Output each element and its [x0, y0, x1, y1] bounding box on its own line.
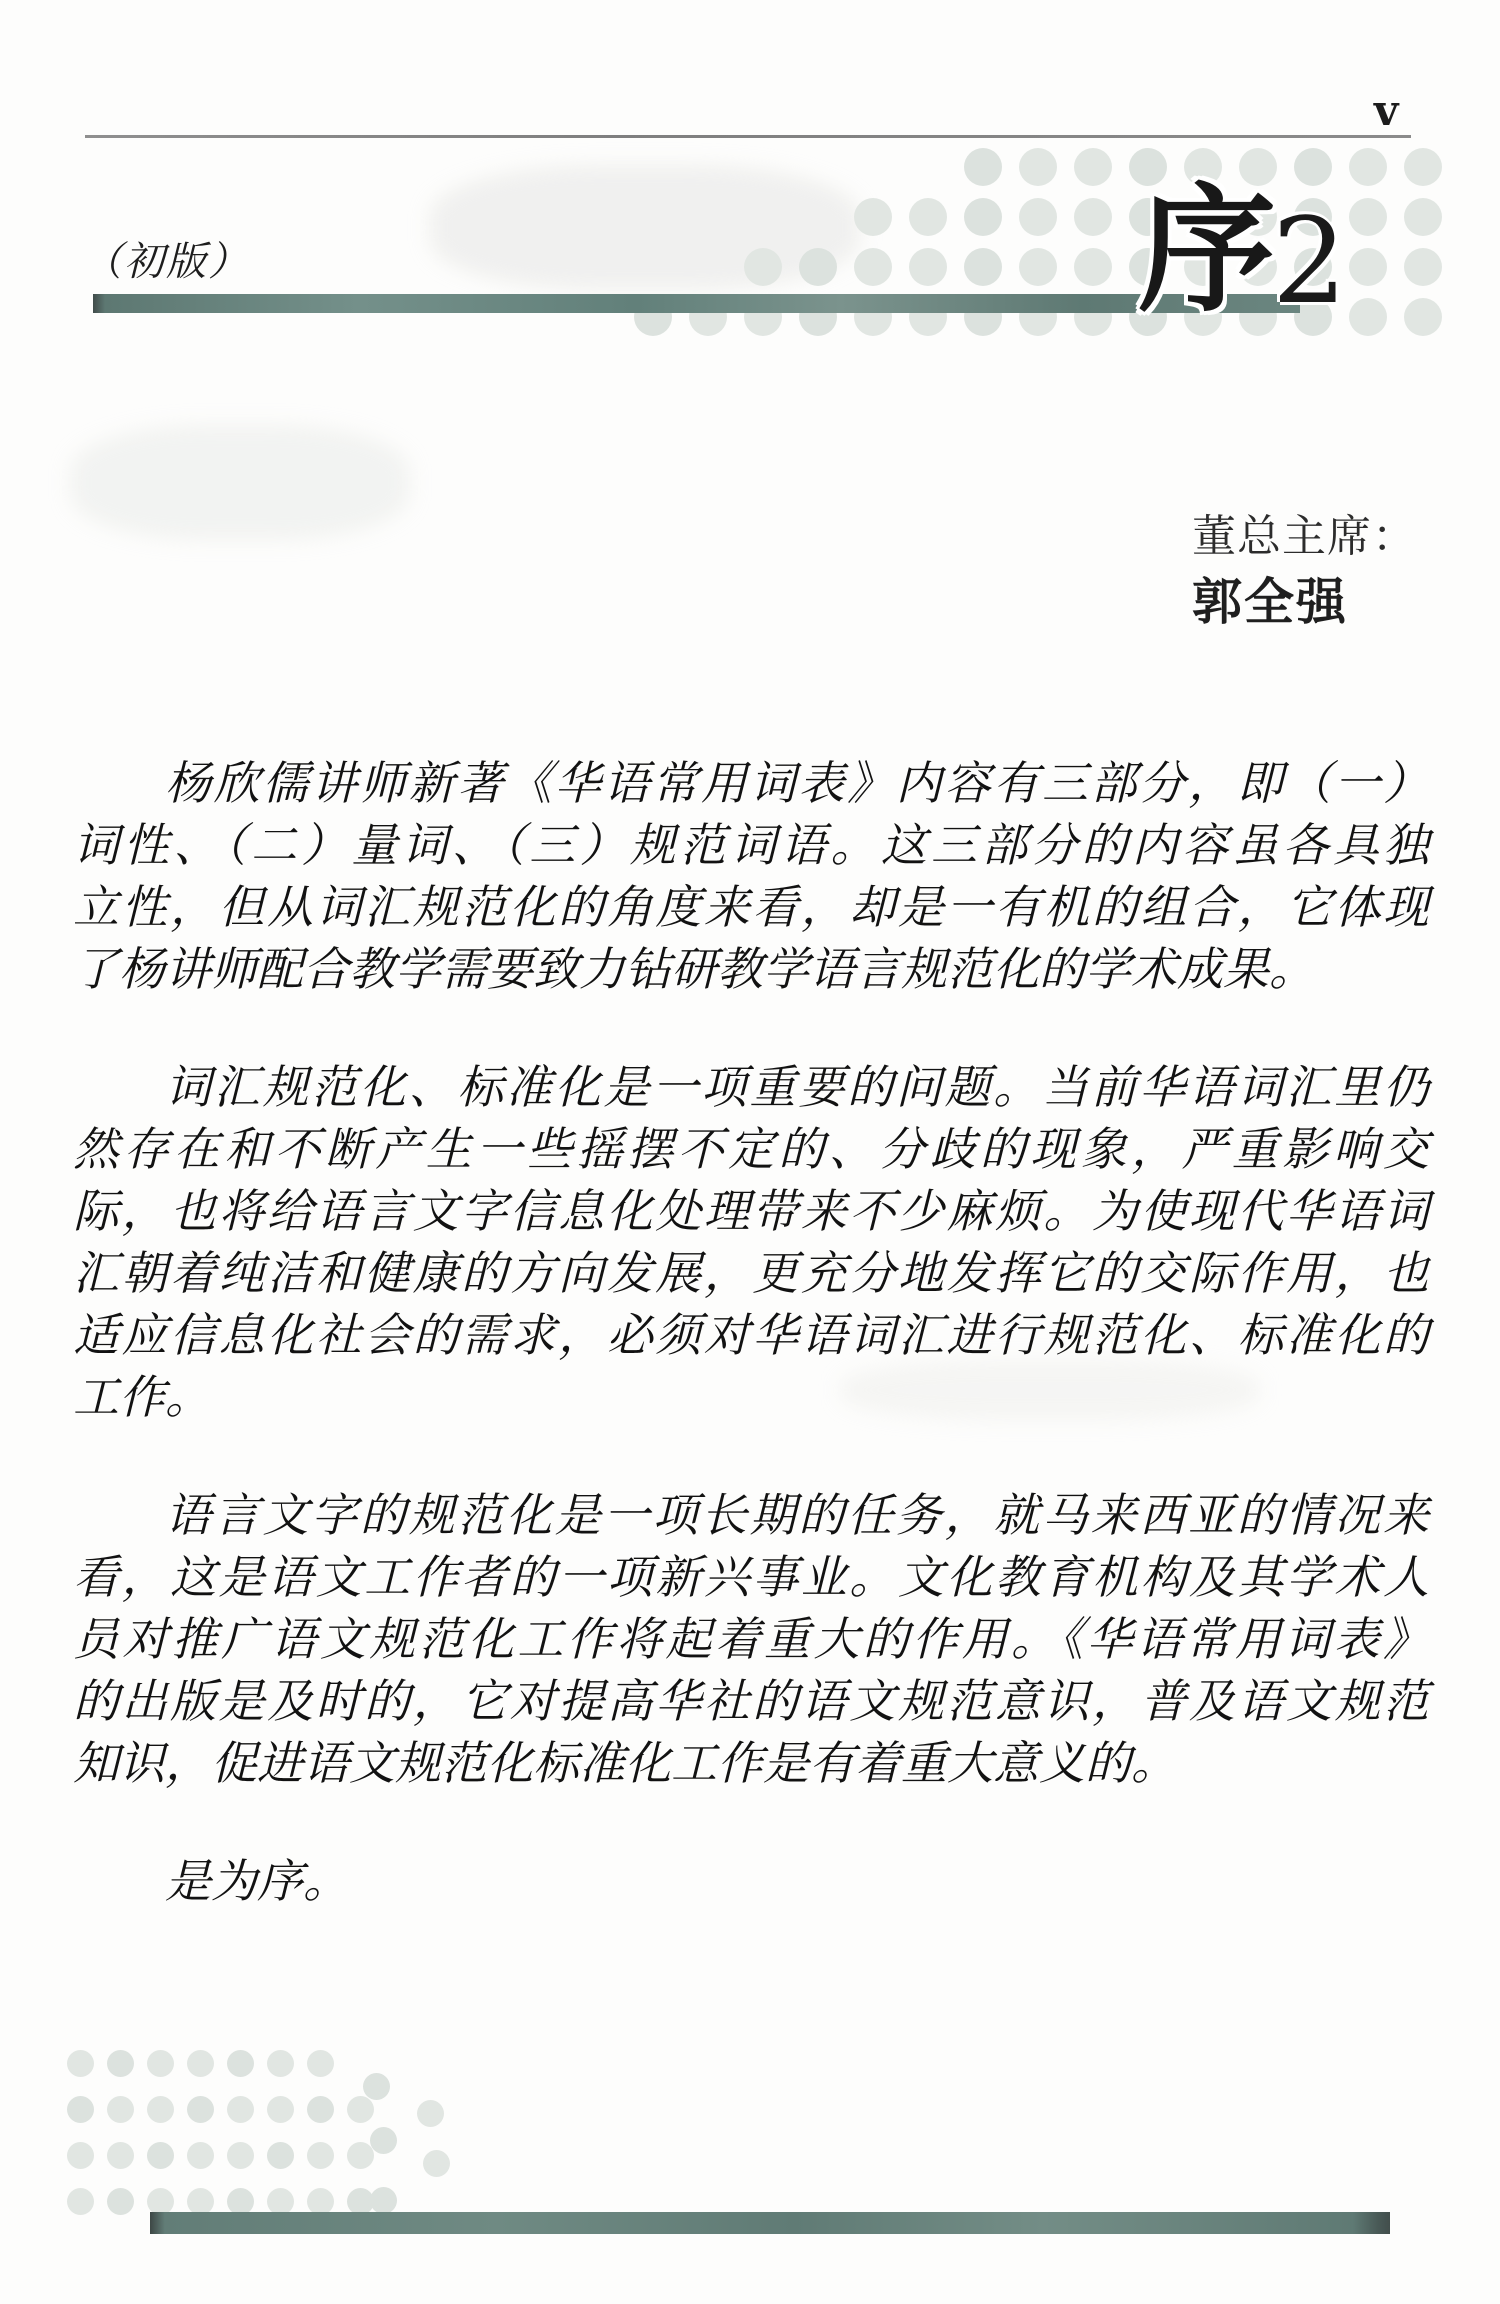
halftone-dot [1404, 298, 1442, 336]
byline-role: 董总主席： [1192, 512, 1417, 563]
text-line: 是为序。 [73, 1850, 1429, 1912]
halftone-dot [370, 2187, 397, 2214]
page-number: v [1374, 90, 1398, 132]
halftone-dot [67, 2050, 94, 2077]
halftone-dot [347, 2142, 374, 2169]
text-line: 杨欣儒讲师新著《华语常用词表》内容有三部分，即（一） [73, 752, 1429, 814]
halftone-dot [1294, 148, 1332, 186]
halftone-dot [67, 2188, 94, 2215]
halftone-dot [227, 2188, 254, 2215]
halftone-dot [1074, 148, 1112, 186]
halftone-dot [1404, 148, 1442, 186]
chapter-title-number: 2 [1272, 202, 1347, 320]
text-line: 知识，促进语文规范化标准化工作是有着重大意义的。 [73, 1732, 1429, 1794]
text-line: 员对推广语文规范化工作将起着重大的作用。《华语常用词表》 [73, 1608, 1429, 1670]
byline-name: 郭全强 [1192, 575, 1417, 630]
text-line: 工作。 [73, 1366, 1429, 1428]
halftone-dot [107, 2050, 134, 2077]
text-line: 立性，但从词汇规范化的角度来看，却是一有机的组合，它体现 [73, 876, 1429, 938]
halftone-dot [1404, 198, 1442, 236]
halftone-dot [147, 2142, 174, 2169]
text-line: 适应信息化社会的需求，必须对华语词汇进行规范化、标准化的 [73, 1304, 1429, 1366]
text-line: 汇朝着纯洁和健康的方向发展，更充分地发挥它的交际作用，也 [73, 1242, 1429, 1304]
halftone-dot [187, 2050, 214, 2077]
halftone-dot [964, 198, 1002, 236]
text-line: 词性、（二）量词、（三）规范词语。这三部分的内容虽各具独 [73, 814, 1429, 876]
paragraph: 语言文字的规范化是一项长期的任务，就马来西亚的情况来看，这是语文工作者的一项新兴… [73, 1484, 1429, 1794]
halftone-dot [423, 2150, 450, 2177]
halftone-dot [107, 2096, 134, 2123]
halftone-dot [227, 2096, 254, 2123]
halftone-dot [267, 2050, 294, 2077]
halftone-dot [67, 2096, 94, 2123]
text-line: 的出版是及时的，它对提高华社的语文规范意识，普及语文规范 [73, 1670, 1429, 1732]
halftone-dot [187, 2096, 214, 2123]
paragraph: 是为序。 [73, 1850, 1429, 1912]
halftone-dot [307, 2188, 334, 2215]
halftone-dot [67, 2142, 94, 2169]
halftone-dot [1349, 198, 1387, 236]
text-line: 了杨讲师配合教学需要致力钻研教学语言规范化的学术成果。 [73, 938, 1429, 1000]
paragraph: 词汇规范化、标准化是一项重要的问题。当前华语词汇里仍然存在和不断产生一些摇摆不定… [73, 1056, 1429, 1428]
halftone-dot [267, 2188, 294, 2215]
halftone-dot [964, 148, 1002, 186]
chapter-title: 序 [1138, 182, 1276, 320]
halftone-dot [909, 198, 947, 236]
halftone-dot [1019, 248, 1057, 286]
scan-smudge [430, 165, 860, 290]
text-line: 词汇规范化、标准化是一项重要的问题。当前华语词汇里仍 [73, 1056, 1429, 1118]
halftone-dot [347, 2188, 374, 2215]
header-accent-bar [93, 294, 1300, 313]
halftone-dot [107, 2142, 134, 2169]
text-line: 语言文字的规范化是一项长期的任务，就马来西亚的情况来 [73, 1484, 1429, 1546]
halftone-dot [1349, 298, 1387, 336]
text-line: 看，这是语文工作者的一项新兴事业。文化教育机构及其学术人 [73, 1546, 1429, 1608]
header-rule [85, 135, 1411, 138]
scan-smudge [70, 425, 410, 540]
halftone-dot [1349, 148, 1387, 186]
footer-accent-bar [150, 2212, 1390, 2234]
halftone-dot [1019, 148, 1057, 186]
halftone-dot [147, 2050, 174, 2077]
text-line: 际，也将给语言文字信息化处理带来不少麻烦。为使现代华语词 [73, 1180, 1429, 1242]
halftone-dot [1074, 248, 1112, 286]
halftone-dot [187, 2142, 214, 2169]
scanned-book-page: v （初版） 序 2 董总主席： 郭全强 杨欣儒讲师新著《华语常用词表》内容有三… [0, 0, 1500, 2304]
halftone-dot [147, 2188, 174, 2215]
text-line: 然存在和不断产生一些摇摆不定的、分歧的现象，严重影响交 [73, 1118, 1429, 1180]
halftone-dot [363, 2073, 390, 2100]
halftone-dot [307, 2096, 334, 2123]
halftone-dot [307, 2050, 334, 2077]
halftone-dot [107, 2188, 134, 2215]
halftone-dot [227, 2142, 254, 2169]
paragraph: 杨欣儒讲师新著《华语常用词表》内容有三部分，即（一）词性、（二）量词、（三）规范… [73, 752, 1429, 1000]
body-text: 杨欣儒讲师新著《华语常用词表》内容有三部分，即（一）词性、（二）量词、（三）规范… [73, 752, 1429, 1968]
halftone-dot [370, 2127, 397, 2154]
halftone-dot [187, 2188, 214, 2215]
halftone-dot [1074, 198, 1112, 236]
halftone-dot [267, 2142, 294, 2169]
halftone-dot [1349, 248, 1387, 286]
halftone-dot [307, 2142, 334, 2169]
halftone-dot [147, 2096, 174, 2123]
halftone-dot [854, 248, 892, 286]
halftone-dot [417, 2100, 444, 2127]
halftone-dot [347, 2096, 374, 2123]
halftone-dot [1019, 198, 1057, 236]
byline-block: 董总主席： 郭全强 [1192, 512, 1417, 630]
halftone-dot [267, 2096, 294, 2123]
halftone-dot [1404, 248, 1442, 286]
edition-note: （初版） [82, 238, 250, 286]
halftone-dot [909, 248, 947, 286]
halftone-dot [227, 2050, 254, 2077]
halftone-dot [964, 248, 1002, 286]
